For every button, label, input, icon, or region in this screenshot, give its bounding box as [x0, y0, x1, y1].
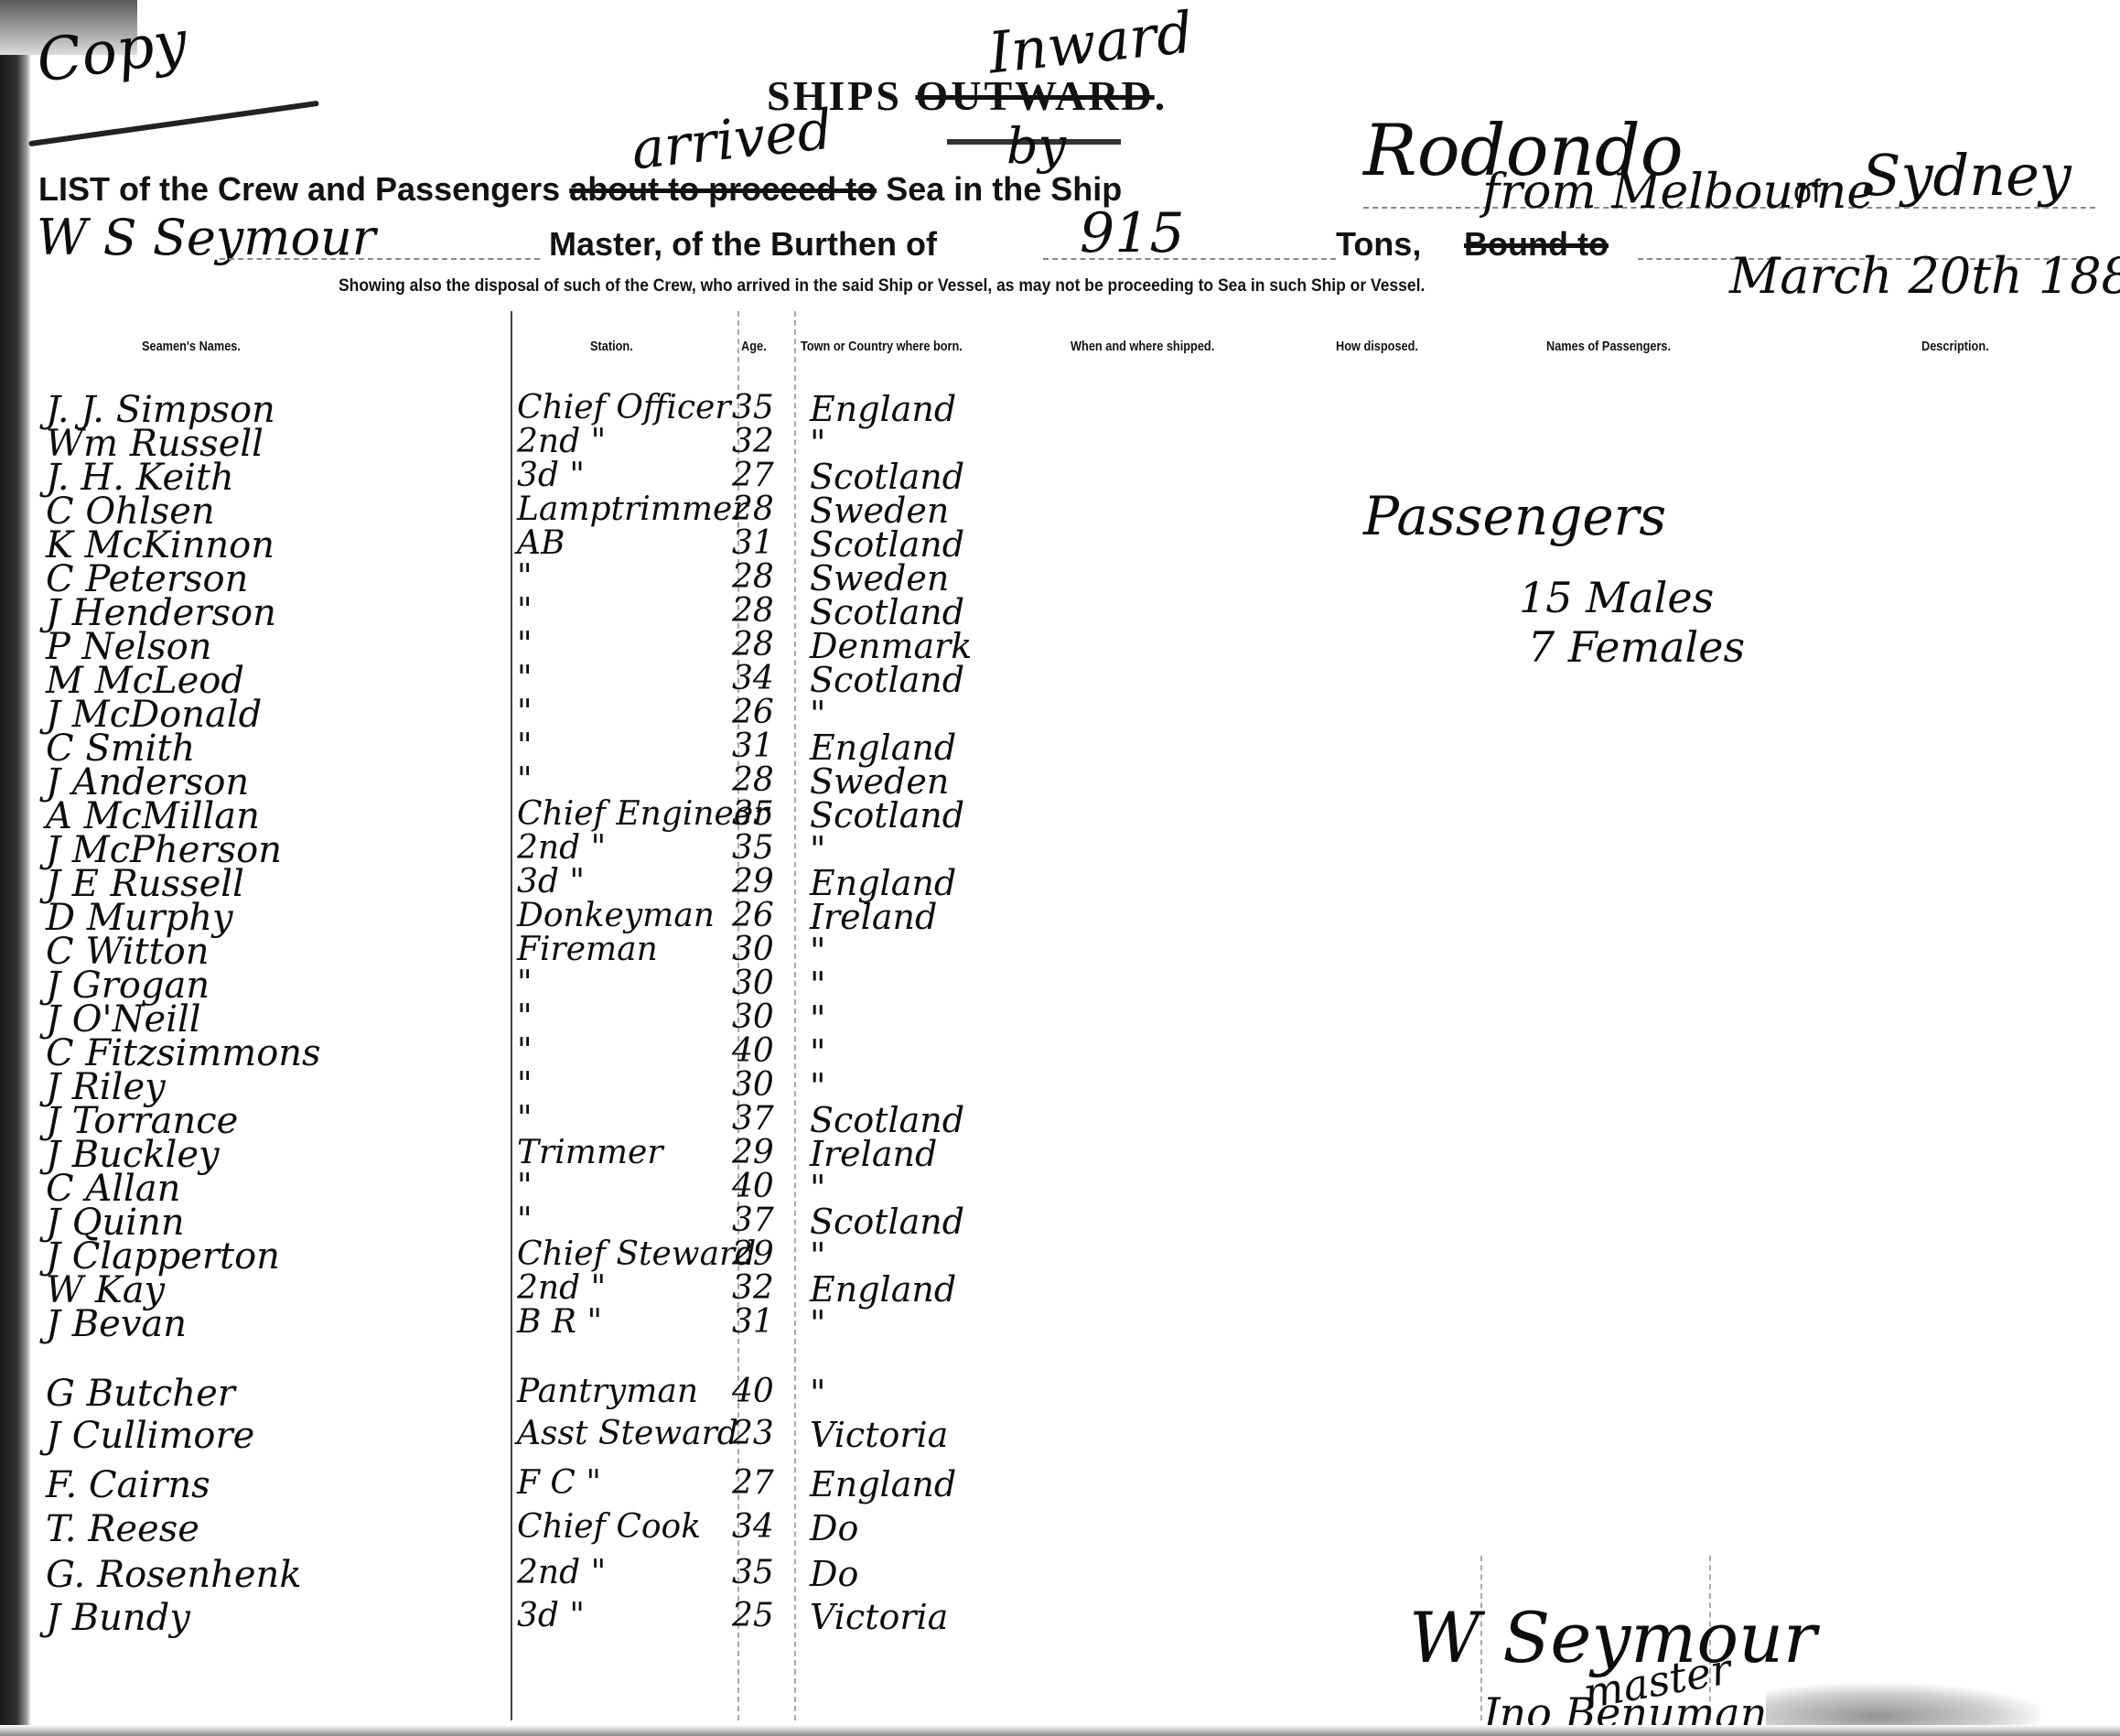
- table-row: G ButcherPantryman40": [0, 1373, 1098, 1407]
- station: 2nd ": [517, 1554, 606, 1591]
- station: 2nd ": [517, 1269, 606, 1307]
- station: ": [517, 592, 533, 630]
- table-row: J BuckleyTrimmer29Ireland: [0, 1134, 1098, 1168]
- age: 30: [732, 1066, 774, 1104]
- age: 35: [732, 829, 774, 867]
- table-row: J Grogan"30": [0, 965, 1098, 998]
- seaman-name: J Cullimore: [46, 1415, 254, 1457]
- table-row: F. CairnsF C "27England: [0, 1464, 1098, 1498]
- seaman-name: F. Cairns: [46, 1464, 210, 1506]
- seaman-name: G Butcher: [46, 1373, 235, 1415]
- tonnage-rule: [1043, 258, 1336, 260]
- page-bottom-edge: [0, 1725, 2120, 1736]
- station: ": [517, 965, 533, 1002]
- station: F C ": [517, 1464, 601, 1502]
- table-row: J O'Neill"30": [0, 998, 1098, 1032]
- age: 27: [732, 457, 774, 494]
- birthplace: Victoria: [810, 1415, 948, 1455]
- bound-to-struck: Bound to: [1464, 225, 1609, 264]
- by-annotation: by: [1006, 117, 1066, 175]
- table-row: C OhlsenLamptrimmer28Sweden: [0, 491, 1098, 524]
- table-row: A McMillanChief Engineer35Scotland: [0, 795, 1098, 829]
- table-row: M McLeod"34Scotland: [0, 660, 1098, 694]
- table-row: Wm Russell2nd "32": [0, 423, 1098, 457]
- seaman-name: J Bundy: [46, 1597, 190, 1639]
- table-row: J E Russell3d "29England: [0, 863, 1098, 897]
- disposal-note: Showing also the disposal of such of the…: [339, 276, 1425, 297]
- table-row: J McPherson2nd "35": [0, 829, 1098, 863]
- table-row: J. J. SimpsonChief Officer35England: [0, 389, 1098, 423]
- table-row: J Riley"30": [0, 1066, 1098, 1100]
- age: 29: [732, 863, 774, 900]
- list-heading-struck: about to proceed to: [569, 170, 877, 208]
- age: 30: [732, 965, 774, 1002]
- station: Trimmer: [517, 1134, 663, 1171]
- ink-smudge: [1766, 1684, 2040, 1730]
- age: 34: [732, 1508, 774, 1546]
- passengers-females: 7 Females: [1528, 622, 1745, 672]
- age: 27: [732, 1464, 774, 1502]
- col-header-age: Age.: [741, 339, 767, 354]
- tons-label: Tons,: [1336, 225, 1421, 264]
- table-row: C Peterson"28Sweden: [0, 558, 1098, 592]
- table-row: T. ReeseChief Cook34Do: [0, 1508, 1098, 1542]
- table-row: J Torrance"37Scotland: [0, 1100, 1098, 1134]
- station: Chief Cook: [517, 1508, 701, 1546]
- age: 29: [732, 1235, 774, 1273]
- station: Lamptrimmer: [517, 491, 748, 528]
- age: 37: [732, 1202, 774, 1239]
- seaman-name: J Bevan: [46, 1303, 187, 1345]
- table-row: C Smith"31England: [0, 728, 1098, 761]
- age: 40: [732, 1168, 774, 1205]
- seaman-name: G. Rosenhenk: [46, 1554, 302, 1596]
- station: 3d ": [517, 1597, 585, 1634]
- age: 26: [732, 694, 774, 731]
- age: 30: [732, 931, 774, 968]
- station: AB: [517, 524, 565, 562]
- age: 32: [732, 1269, 774, 1307]
- passengers-males: 15 Males: [1519, 573, 1714, 622]
- station: ": [517, 1202, 533, 1239]
- table-row: J CullimoreAsst Steward23Victoria: [0, 1415, 1098, 1449]
- station: ": [517, 728, 533, 765]
- station: 2nd ": [517, 423, 606, 460]
- station: Asst Steward: [517, 1415, 738, 1452]
- birthplace: England: [810, 1464, 956, 1504]
- station: ": [517, 1168, 533, 1205]
- age: 28: [732, 761, 774, 799]
- col-header-disposed: How disposed.: [1336, 339, 1418, 354]
- age: 31: [732, 524, 774, 562]
- table-row: D MurphyDonkeyman26Ireland: [0, 897, 1098, 931]
- age: 28: [732, 592, 774, 630]
- title-suffix: .: [1155, 72, 1168, 119]
- table-row: J. H. Keith3d "27Scotland: [0, 457, 1098, 491]
- birthplace: Do: [810, 1554, 858, 1594]
- age: 25: [732, 1597, 774, 1634]
- age: 37: [732, 1100, 774, 1138]
- list-heading-text: LIST of the Crew and Passengers: [38, 170, 560, 208]
- table-row: P Nelson"28Denmark: [0, 626, 1098, 660]
- age: 31: [732, 728, 774, 765]
- age: 28: [732, 491, 774, 528]
- table-row: C Allan"40": [0, 1168, 1098, 1202]
- age: 23: [732, 1415, 774, 1452]
- table-row: J McDonald"26": [0, 694, 1098, 728]
- station: Fireman: [517, 931, 658, 968]
- col-header-passengers: Names of Passengers.: [1546, 339, 1671, 354]
- station: ": [517, 626, 533, 663]
- age: 32: [732, 423, 774, 460]
- port-rule: [1848, 207, 2095, 209]
- birthplace: Do: [810, 1508, 858, 1548]
- station: ": [517, 660, 533, 697]
- age: 35: [732, 795, 774, 833]
- station: ": [517, 694, 533, 731]
- age: 26: [732, 897, 774, 934]
- station: Chief Steward: [517, 1235, 756, 1273]
- birthplace: Victoria: [810, 1597, 948, 1637]
- table-row: C WittonFireman30": [0, 931, 1098, 965]
- table-row: J Henderson"28Scotland: [0, 592, 1098, 626]
- seaman-name: T. Reese: [46, 1508, 199, 1550]
- list-heading-line: LIST of the Crew and Passengers about to…: [38, 170, 1122, 209]
- tonnage-value: 915: [1080, 201, 1185, 265]
- port-of-registry: Sydney: [1862, 142, 2072, 209]
- station: Pantryman: [517, 1373, 698, 1410]
- table-row: G. Rosenhenk2nd "35Do: [0, 1554, 1098, 1588]
- table-row: J Anderson"28Sweden: [0, 761, 1098, 795]
- station: 3d ": [517, 457, 585, 494]
- age: 30: [732, 998, 774, 1036]
- age: 35: [732, 1554, 774, 1591]
- passengers-title: Passengers: [1363, 485, 1666, 547]
- station: ": [517, 1032, 533, 1070]
- table-row: W Kay2nd "32England: [0, 1269, 1098, 1303]
- age: 31: [732, 1303, 774, 1341]
- master-label: Master, of the Burthen of: [549, 225, 937, 264]
- arrival-date: March 20th 188: [1729, 247, 2120, 305]
- table-row: J ClappertonChief Steward29": [0, 1235, 1098, 1269]
- from-place: from Melbourne: [1482, 165, 1875, 220]
- age: 29: [732, 1134, 774, 1171]
- station: ": [517, 1066, 533, 1104]
- age: 35: [732, 389, 774, 426]
- station: ": [517, 998, 533, 1036]
- age: 28: [732, 558, 774, 596]
- col-header-names: Seamen's Names.: [142, 339, 241, 354]
- birthplace: ": [810, 1303, 825, 1343]
- age: 40: [732, 1032, 774, 1070]
- station: ": [517, 558, 533, 596]
- age: 34: [732, 660, 774, 697]
- station: 3d ": [517, 863, 585, 900]
- station: ": [517, 1100, 533, 1138]
- station: Chief Officer: [517, 389, 731, 426]
- col-header-shipped: When and where shipped.: [1071, 339, 1214, 354]
- age: 28: [732, 626, 774, 663]
- copy-underline: [28, 101, 319, 146]
- station: 2nd ": [517, 829, 606, 867]
- col-header-station: Station.: [590, 339, 633, 354]
- table-row: C Fitzsimmons"40": [0, 1032, 1098, 1066]
- table-row: J Bundy3d "25Victoria: [0, 1597, 1098, 1631]
- table-row: K McKinnonAB31Scotland: [0, 524, 1098, 558]
- station: Donkeyman: [517, 897, 715, 934]
- station: B R ": [517, 1303, 602, 1341]
- table-row: J BevanB R "31": [0, 1303, 1098, 1337]
- master-rule: [220, 258, 540, 260]
- birthplace: ": [810, 1373, 825, 1413]
- age: 40: [732, 1373, 774, 1410]
- col-header-description: Description.: [1921, 339, 1989, 354]
- table-row: J Quinn"37Scotland: [0, 1202, 1098, 1235]
- col-header-country: Town or Country where born.: [801, 339, 963, 354]
- station: ": [517, 761, 533, 799]
